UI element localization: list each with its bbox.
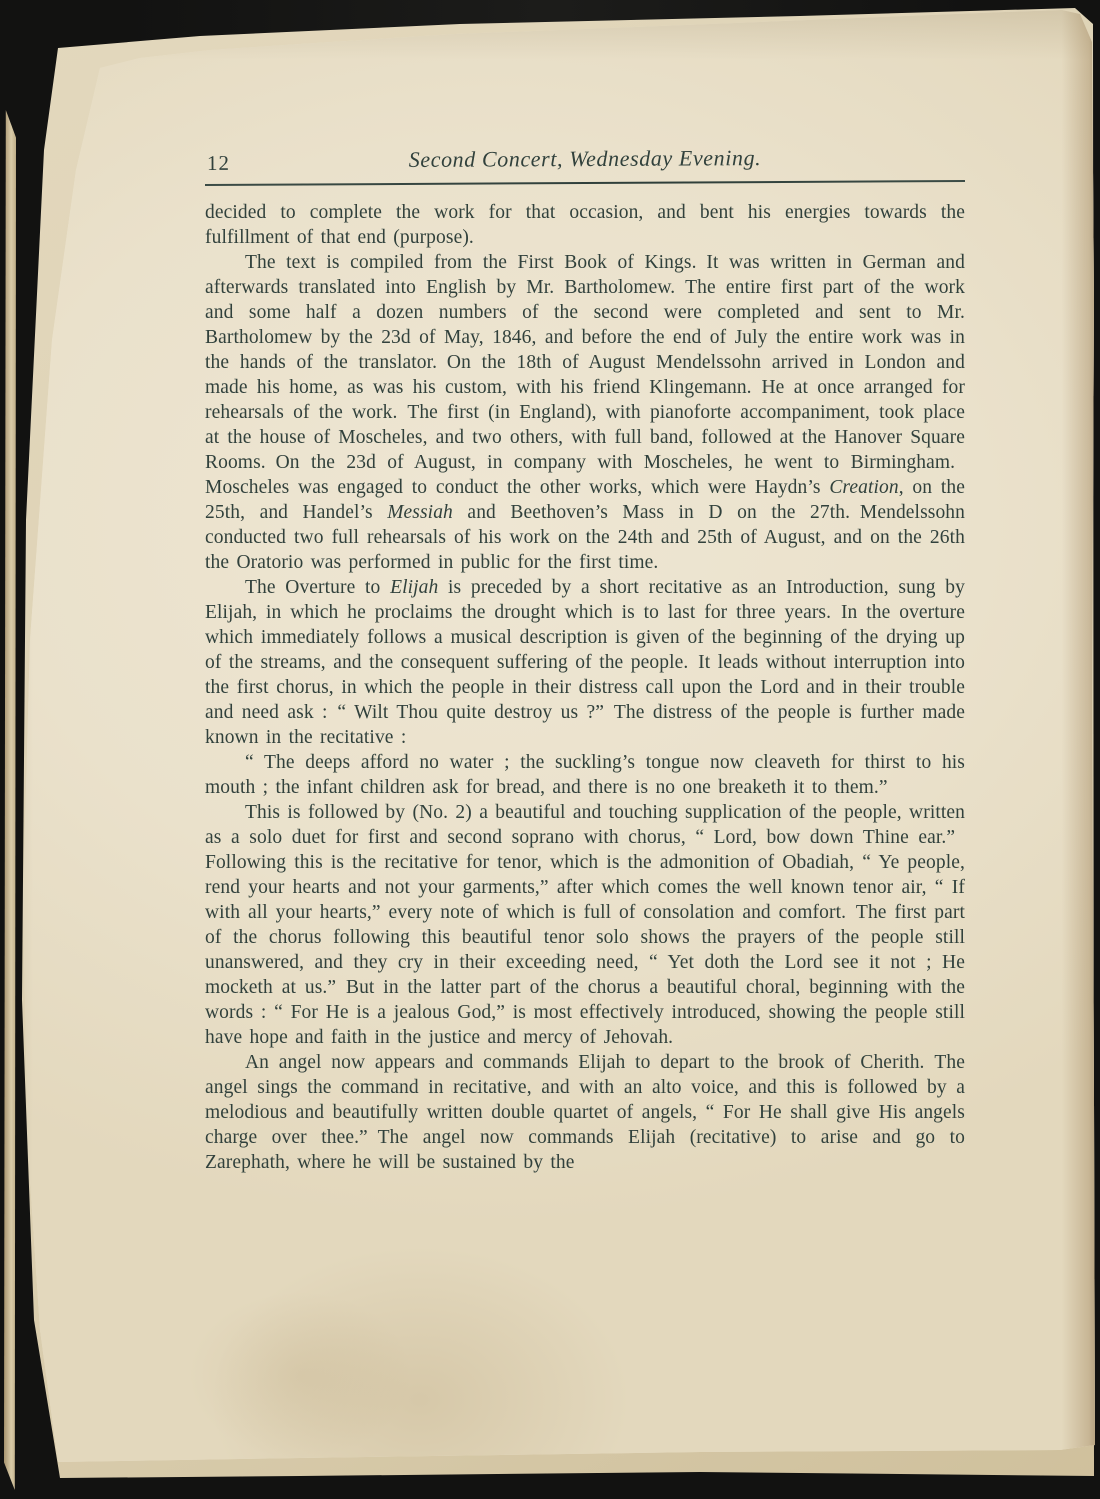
- paragraph: decided to complete the work for that oc…: [205, 200, 965, 250]
- paragraph: The text is compiled from the First Book…: [205, 250, 965, 575]
- italic-work-title: Messiah: [387, 502, 453, 523]
- page-number: 12: [207, 151, 230, 176]
- text-column: 12 Second Concert, Wednesday Evening. de…: [205, 146, 965, 1175]
- under-page-edge-far: [4, 110, 16, 1490]
- text-run: The Overture to: [245, 577, 390, 598]
- text-run: decided to complete the work for that oc…: [205, 202, 965, 248]
- header-rule: [205, 180, 965, 186]
- paragraph: An angel now appears and commands Elijah…: [205, 1050, 965, 1175]
- italic-work-title: Elijah: [390, 577, 438, 598]
- page-content: 12 Second Concert, Wednesday Evening. de…: [0, 0, 1100, 1499]
- paragraph: “ The deeps afford no water ; the suckli…: [205, 750, 965, 800]
- paragraph: The Overture to Elijah is preceded by a …: [205, 575, 965, 750]
- italic-work-title: Creation: [829, 477, 898, 498]
- text-run: An angel now appears and commands Elijah…: [205, 1052, 965, 1173]
- text-run: “ The deeps afford no water ; the suckli…: [205, 752, 965, 798]
- text-run: is preceded by a short recitative as an …: [205, 577, 965, 748]
- page-header: 12 Second Concert, Wednesday Evening.: [205, 144, 965, 180]
- scan-background: 12 Second Concert, Wednesday Evening. de…: [0, 0, 1100, 1499]
- text-run: This is followed by (No. 2) a beautiful …: [205, 802, 965, 1048]
- body-text: decided to complete the work for that oc…: [205, 200, 965, 1175]
- paragraph: This is followed by (No. 2) a beautiful …: [205, 800, 965, 1050]
- text-run: The text is compiled from the First Book…: [205, 252, 965, 498]
- running-title: Second Concert, Wednesday Evening.: [205, 144, 965, 174]
- book-page: 12 Second Concert, Wednesday Evening. de…: [0, 0, 1100, 1499]
